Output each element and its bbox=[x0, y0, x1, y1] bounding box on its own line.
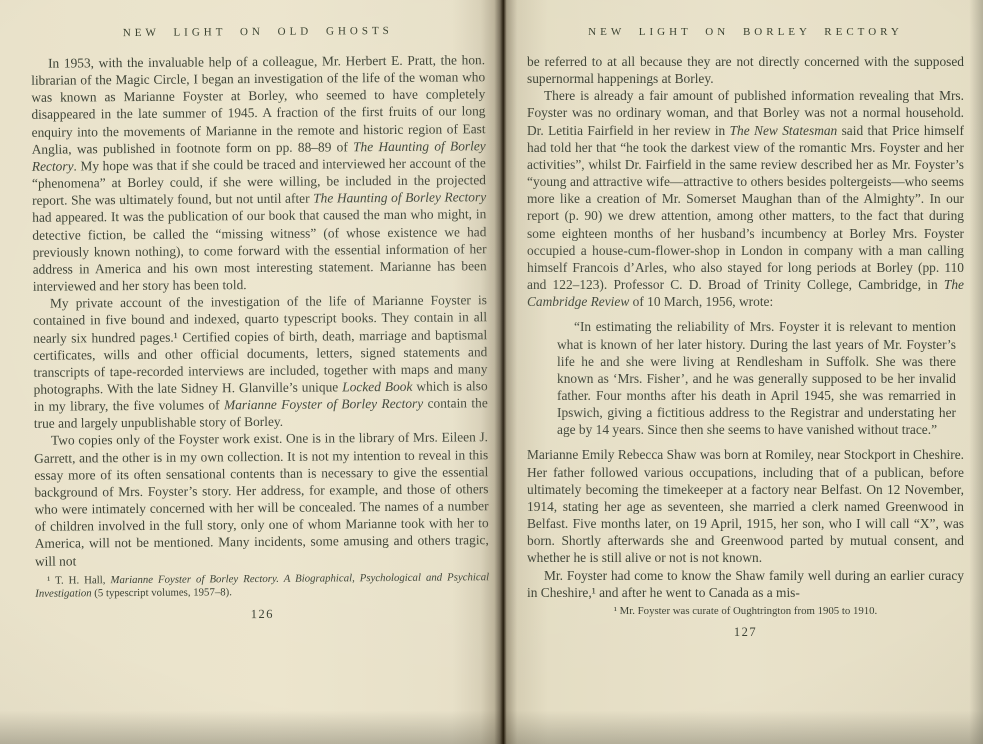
text-run: be referred to at all because they are n… bbox=[527, 54, 964, 86]
block-quote: “In estimating the reliability of Mrs. F… bbox=[557, 318, 956, 438]
text-run: Mr. Foyster had come to know the Shaw fa… bbox=[527, 568, 964, 600]
left-running-head: NEW LIGHT ON OLD GHOSTS bbox=[31, 24, 485, 40]
book-gutter-shadow bbox=[452, 0, 548, 744]
text-run: ¹ Mr. Foyster was curate of Oughtrington… bbox=[614, 605, 878, 617]
text-run: said that Price himself had told her tha… bbox=[527, 123, 964, 292]
right-page-number: 127 bbox=[527, 625, 964, 640]
paragraph: be referred to at all because they are n… bbox=[527, 53, 964, 87]
left-page-body: In 1953, with the invaluable help of a c… bbox=[31, 51, 489, 569]
paragraph: Marianne Emily Rebecca Shaw was born at … bbox=[527, 446, 964, 566]
text-run: had appeared. It was the publication of … bbox=[32, 207, 487, 294]
text-run: Two copies only of the Foyster work exis… bbox=[34, 430, 489, 569]
text-run: Marianne Emily Rebecca Shaw was born at … bbox=[527, 447, 964, 565]
right-page: NEW LIGHT ON BORLEY RECTORY be referred … bbox=[527, 0, 964, 640]
paragraph: In 1953, with the invaluable help of a c… bbox=[31, 51, 487, 295]
paragraph: My private account of the investigation … bbox=[33, 291, 488, 432]
italic-text: The New Statesman bbox=[730, 123, 838, 138]
text-run: ¹ T. H. Hall, bbox=[47, 574, 110, 586]
right-page-body: be referred to at all because they are n… bbox=[527, 53, 964, 601]
text-run: of 10 March, 1956, wrote: bbox=[629, 294, 773, 309]
paragraph: There is already a fair amount of publis… bbox=[527, 87, 964, 310]
book-spread: NEW LIGHT ON OLD GHOSTS In 1953, with th… bbox=[0, 0, 983, 744]
text-run: “In estimating the reliability of Mrs. F… bbox=[557, 319, 956, 437]
left-page-number: 126 bbox=[35, 605, 489, 624]
left-footnote: ¹ T. H. Hall, Marianne Foyster of Borley… bbox=[35, 571, 489, 602]
paragraph: Two copies only of the Foyster work exis… bbox=[34, 429, 489, 570]
italic-text: Marianne Foyster of Borley Rectory bbox=[224, 396, 423, 413]
right-footnote: ¹ Mr. Foyster was curate of Oughtrington… bbox=[527, 605, 964, 619]
paragraph: Mr. Foyster had come to know the Shaw fa… bbox=[527, 567, 964, 601]
text-run: (5 typescript volumes, 1957–8). bbox=[92, 586, 232, 599]
right-running-head: NEW LIGHT ON BORLEY RECTORY bbox=[527, 26, 964, 38]
italic-text: Locked Book bbox=[342, 379, 412, 395]
left-page: NEW LIGHT ON OLD GHOSTS In 1953, with th… bbox=[31, 0, 490, 623]
